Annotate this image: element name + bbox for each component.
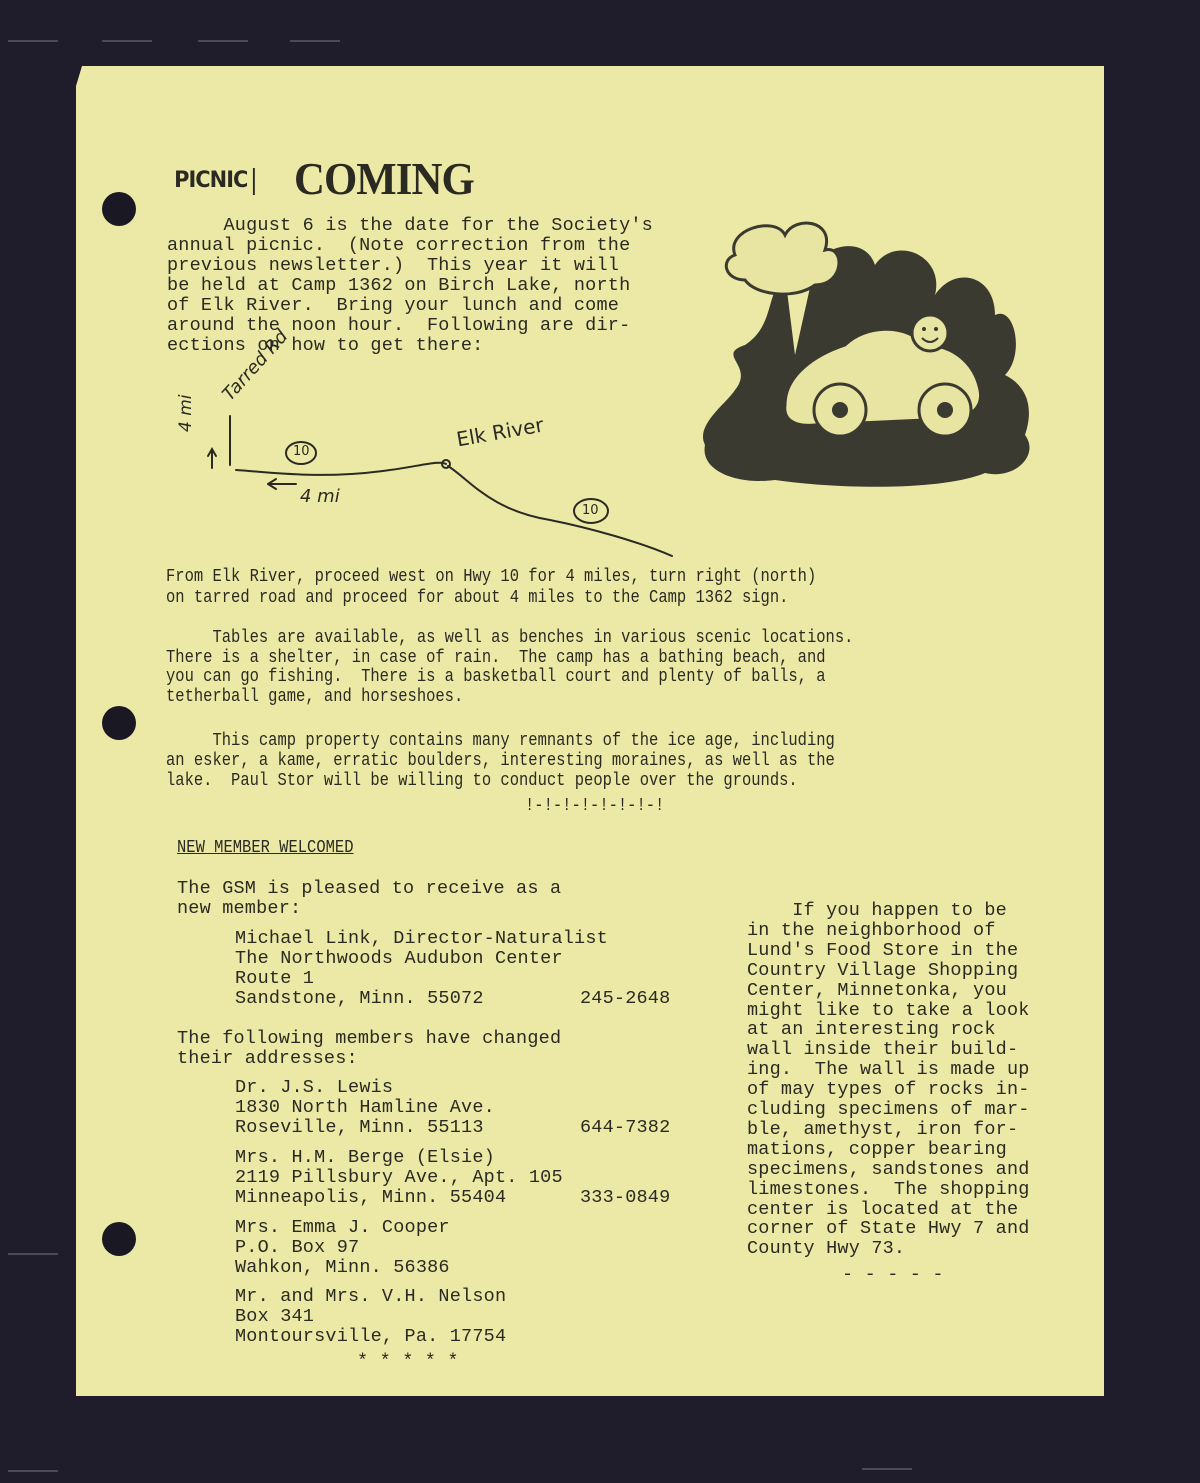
scan-mark — [8, 1470, 58, 1472]
changed-address-line: Box 341 — [235, 1307, 314, 1327]
scan-mark — [8, 40, 58, 42]
scan-mark — [862, 1468, 912, 1470]
ice-age-line: lake. Paul Stor will be willing to condu… — [166, 771, 798, 791]
address-changes-intro-line: their addresses: — [177, 1049, 358, 1069]
amenities-line: you can go fishing. There is a basketbal… — [166, 667, 826, 687]
binder-hole — [102, 1222, 136, 1256]
note-line: ble, amethyst, iron for- — [747, 1120, 1018, 1140]
intro-line: August 6 is the date for the Society's — [167, 216, 653, 236]
scan-mark — [290, 40, 340, 42]
picnic-car-illustration — [695, 205, 1045, 490]
intro-line: around the noon hour. Following are dir- — [167, 316, 630, 336]
note-line: County Hwy 73. — [747, 1239, 905, 1259]
amenities-line: Tables are available, as well as benches… — [166, 628, 853, 648]
section-separator: !-!-!-!-!-!-!-! — [525, 796, 664, 816]
note-line: ing. The wall is made up — [747, 1060, 1030, 1080]
note-line: cluding specimens of mar- — [747, 1100, 1030, 1120]
intro-line: of Elk River. Bring your lunch and come — [167, 296, 619, 316]
changed-address-line: Dr. J.S. Lewis — [235, 1078, 393, 1098]
note-line: might like to take a look — [747, 1001, 1030, 1021]
intro-line: be held at Camp 1362 on Birch Lake, nort… — [167, 276, 630, 296]
note-line: If you happen to be — [747, 901, 1007, 921]
note-line: Center, Minnetonka, you — [747, 981, 1007, 1001]
note-line: center is located at the — [747, 1200, 1018, 1220]
directions-line: on tarred road and proceed for about 4 m… — [166, 588, 788, 608]
ice-age-line: an esker, a kame, erratic boulders, inte… — [166, 751, 835, 771]
directions-map — [170, 370, 690, 570]
note-line: corner of State Hwy 7 and — [747, 1219, 1030, 1239]
new-member-intro-line: new member: — [177, 899, 301, 919]
binder-hole — [102, 706, 136, 740]
member-address-line: Michael Link, Director-Naturalist — [235, 929, 608, 949]
note-line: limestones. The shopping — [747, 1180, 1030, 1200]
changed-address-line: Mrs. H.M. Berge (Elsie) — [235, 1148, 495, 1168]
map-west-distance: 4 mi — [300, 486, 340, 507]
note-line: mations, copper bearing — [747, 1140, 1007, 1160]
intro-line: ections on how to get there: — [167, 336, 483, 356]
note-line: at an interesting rock — [747, 1020, 996, 1040]
scan-mark — [102, 40, 152, 42]
ice-age-line: This camp property contains many remnant… — [166, 731, 835, 751]
new-member-intro-line: The GSM is pleased to receive as a — [177, 879, 561, 899]
amenities-line: There is a shelter, in case of rain. The… — [166, 648, 826, 668]
note-line: in the neighborhood of — [747, 921, 996, 941]
note-line: Lund's Food Store in the — [747, 941, 1018, 961]
new-member-heading: NEW MEMBER WELCOMED — [177, 838, 354, 858]
map-highway-marker: 10 — [582, 503, 599, 518]
changed-address-line: 2119 Pillsbury Ave., Apt. 105 — [235, 1168, 563, 1188]
section-separator: * * * * * — [357, 1352, 459, 1372]
scan-mark — [8, 1253, 58, 1255]
page-title: COMING — [294, 152, 474, 205]
changed-address-line: Mrs. Emma J. Cooper — [235, 1218, 450, 1238]
member-address-line: The Northwoods Audubon Center — [235, 949, 563, 969]
map-highway-marker: 10 — [293, 444, 310, 459]
changed-address-line: 1830 North Hamline Ave. — [235, 1098, 495, 1118]
note-line: specimens, sandstones and — [747, 1160, 1030, 1180]
amenities-line: tetherball game, and horseshoes. — [166, 687, 463, 707]
note-line: of may types of rocks in- — [747, 1080, 1030, 1100]
note-line: wall inside their build- — [747, 1040, 1018, 1060]
directions-line: From Elk River, proceed west on Hwy 10 f… — [166, 567, 816, 587]
changed-address-line: Wahkon, Minn. 56386 — [235, 1258, 450, 1278]
binder-hole — [102, 192, 136, 226]
changed-member-phone: 333-0849 — [580, 1188, 670, 1208]
member-address-line: Route 1 — [235, 969, 314, 989]
changed-address-line: Mr. and Mrs. V.H. Nelson — [235, 1287, 506, 1307]
changed-address-line: Minneapolis, Minn. 55404 — [235, 1188, 506, 1208]
map-north-distance: 4 mi — [176, 394, 196, 432]
changed-address-line: Montoursville, Pa. 17754 — [235, 1327, 506, 1347]
intro-line: annual picnic. (Note correction from the — [167, 236, 630, 256]
changed-member-phone: 644-7382 — [580, 1118, 670, 1138]
note-line: Country Village Shopping — [747, 961, 1018, 981]
member-address-line: Sandstone, Minn. 55072 — [235, 989, 484, 1009]
changed-address-line: Roseville, Minn. 55113 — [235, 1118, 484, 1138]
intro-line: previous newsletter.) This year it will — [167, 256, 619, 276]
picnic-logo: PICNIC — [172, 168, 255, 195]
scan-mark — [198, 40, 248, 42]
section-separator: - - - - - — [842, 1265, 944, 1285]
address-changes-intro-line: The following members have changed — [177, 1029, 561, 1049]
member-phone: 245-2648 — [580, 989, 670, 1009]
changed-address-line: P.O. Box 97 — [235, 1238, 359, 1258]
